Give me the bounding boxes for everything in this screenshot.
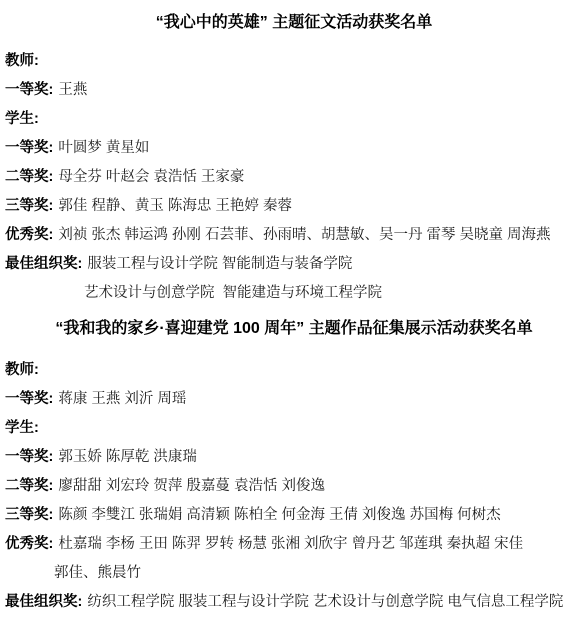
award-label: 一等奖:	[5, 82, 53, 98]
award-row: 二等奖:廖甜甜 刘宏玲 贺萍 殷嘉蔓 袁浩恬 刘俊逸	[5, 478, 583, 494]
award-row: 一等奖:蒋康 王燕 刘沂 周瑶	[5, 391, 583, 407]
group-label: 学生:	[5, 420, 39, 436]
winner-names: 纺织工程学院 服装工程与设计学院 艺术设计与创意学院 电气信息工程学院	[87, 594, 563, 610]
award-row: 三等奖:陈颜 李雙江 张瑞娟 高清颖 陈柏全 何金海 王倩 刘俊逸 苏国梅 何树…	[5, 507, 583, 523]
award-row: 优秀奖:杜嘉瑞 李杨 王田 陈羿 罗转 杨慧 张湘 刘欣宇 曾丹艺 邹莲琪 秦执…	[5, 536, 583, 552]
award-label: 三等奖:	[5, 507, 53, 523]
award-label: 二等奖:	[5, 478, 53, 494]
winner-names: 母全芬 叶赵会 袁浩恬 王家豪	[58, 169, 244, 185]
award-row: 三等奖:郭佳 程静、黄玉 陈海忠 王艳婷 秦蓉	[5, 198, 583, 214]
group-label: 教师:	[5, 53, 39, 69]
award-label: 一等奖:	[5, 449, 53, 465]
award-label: 优秀奖:	[5, 227, 53, 243]
section1-title: “我心中的英雄” 主题征文活动获奖名单	[5, 14, 583, 32]
award-row: 最佳组织奖:纺织工程学院 服装工程与设计学院 艺术设计与创意学院 电气信息工程学…	[5, 594, 583, 610]
winner-names: 郭佳 程静、黄玉 陈海忠 王艳婷 秦蓉	[58, 198, 292, 214]
award-row: 一等奖:郭玉娇 陈厚乾 洪康瑞	[5, 449, 583, 465]
award-row: 优秀奖:刘祯 张杰 韩运鸿 孙刚 石芸菲、孙雨晴、胡慧敏、吴一丹 雷琴 吴晓童 …	[5, 227, 583, 243]
group-label: 教师:	[5, 362, 39, 378]
winner-names: 王燕	[58, 82, 87, 98]
winner-names: 杜嘉瑞 李杨 王田 陈羿 罗转 杨慧 张湘 刘欣宇 曾丹艺 邹莲琪 秦执超 宋佳	[58, 536, 523, 552]
award-label: 一等奖:	[5, 140, 53, 156]
award-label: 三等奖:	[5, 198, 53, 214]
award-label: 一等奖:	[5, 391, 53, 407]
winner-names: 服装工程与设计学院 智能制造与装备学院	[87, 256, 352, 272]
section2-title: “我和我的家乡·喜迎建党 100 周年” 主题作品征集展示活动获奖名单	[5, 320, 583, 338]
award-label: 优秀奖:	[5, 536, 53, 552]
winner-names: 郭佳、熊晨竹	[54, 565, 141, 581]
winner-names: 刘祯 张杰 韩运鸿 孙刚 石芸菲、孙雨晴、胡慧敏、吴一丹 雷琴 吴晓童 周海燕	[58, 227, 550, 243]
award-row: 一等奖:叶圆梦 黄星如	[5, 140, 583, 156]
winner-names: 蒋康 王燕 刘沂 周瑶	[58, 391, 186, 407]
group-label-row: 学生:	[5, 111, 583, 127]
award-document: “我心中的英雄” 主题征文活动获奖名单 教师: 一等奖:王燕 学生: 一等奖:叶…	[0, 0, 587, 610]
award-label: 最佳组织奖:	[5, 594, 82, 610]
award-label: 二等奖:	[5, 169, 53, 185]
award-row: 一等奖:王燕	[5, 82, 583, 98]
continuation-row: 郭佳、熊晨竹	[5, 565, 583, 581]
group-label: 学生:	[5, 111, 39, 127]
winner-names: 艺术设计与创意学院 智能建造与环境工程学院	[84, 285, 382, 301]
award-row: 二等奖:母全芬 叶赵会 袁浩恬 王家豪	[5, 169, 583, 185]
winner-names: 廖甜甜 刘宏玲 贺萍 殷嘉蔓 袁浩恬 刘俊逸	[58, 478, 325, 494]
continuation-row: 艺术设计与创意学院 智能建造与环境工程学院	[5, 285, 583, 301]
winner-names: 陈颜 李雙江 张瑞娟 高清颖 陈柏全 何金海 王倩 刘俊逸 苏国梅 何树杰	[58, 507, 500, 523]
award-label: 最佳组织奖:	[5, 256, 82, 272]
group-label-row: 教师:	[5, 53, 583, 69]
group-label-row: 教师:	[5, 362, 583, 378]
group-label-row: 学生:	[5, 420, 583, 436]
winner-names: 郭玉娇 陈厚乾 洪康瑞	[58, 449, 197, 465]
winner-names: 叶圆梦 黄星如	[58, 140, 149, 156]
award-row: 最佳组织奖:服装工程与设计学院 智能制造与装备学院	[5, 256, 583, 272]
